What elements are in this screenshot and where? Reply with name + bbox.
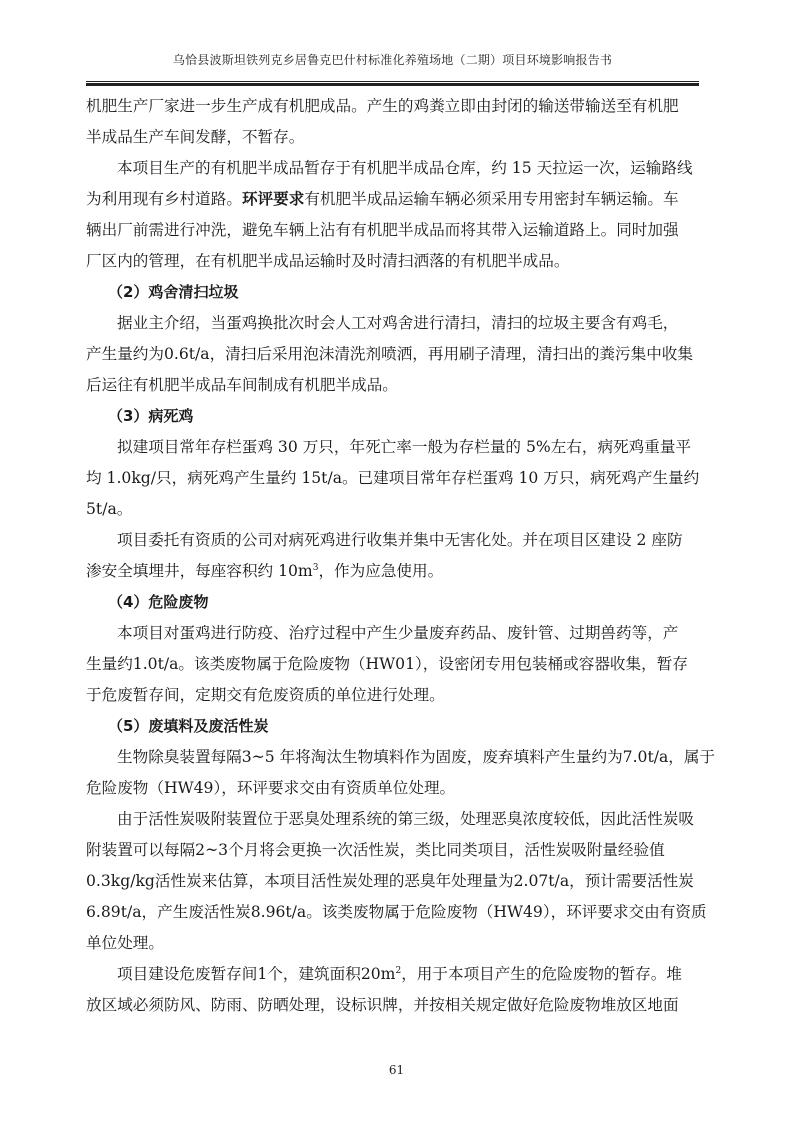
paragraph-line: 由于活性炭吸附装置位于恶臭处理系统的第三级，处理恶臭浓度较低，因此活性炭吸: [86, 804, 714, 835]
header-rule-thin: [86, 81, 699, 82]
paragraph-line: 6.89t/a，产生废活性炭8.96t/a。该类废物属于危险废物（HW49），环…: [86, 897, 714, 928]
paragraph-line: 生物除臭装置每隔3~5 年将淘汰生物填料作为固废，废弃填料产生量约为7.0t/a…: [86, 742, 714, 773]
page-number: 61: [0, 1063, 793, 1077]
paragraph-line: 生量约1.0t/a。该类废物属于危险废物（HW01），设密闭专用包装桶或容器收集…: [86, 649, 714, 680]
paragraph-line: 半成品生产车间发酵，不暂存。: [86, 122, 714, 153]
section-heading: （2）鸡舍清扫垃圾: [86, 277, 714, 308]
text-span: ，用于本项目产生的危险废物的暂存。堆: [401, 965, 682, 983]
paragraph-line: 拟建项目常年存栏蛋鸡 30 万只，年死亡率一般为存栏量的 5%左右，病死鸡重量平: [86, 432, 714, 463]
paragraph-line: 后运往有机肥半成品车间制成有机肥半成品。: [86, 370, 714, 401]
paragraph-line: 机肥生产厂家进一步生产成有机肥成品。产生的鸡粪立即由封闭的输送带输送至有机肥: [86, 91, 714, 122]
paragraph-line: 项目建设危废暂存间1个，建筑面积20m2，用于本项目产生的危险废物的暂存。堆: [86, 959, 714, 990]
paragraph-line: 于危废暂存间，定期交有危废资质的单位进行处理。: [86, 680, 714, 711]
paragraph-line: 项目委托有资质的公司对病死鸡进行收集并集中无害化处。并在项目区建设 2 座防: [86, 525, 714, 556]
section-heading: （3）病死鸡: [86, 401, 714, 432]
text-span: 为利用现有乡村道路。: [86, 190, 242, 208]
body-text: 机肥生产厂家进一步生产成有机肥成品。产生的鸡粪立即由封闭的输送带输送至有机肥 半…: [86, 91, 714, 1021]
section-heading: （5）废填料及废活性炭: [86, 711, 714, 742]
paragraph-line: 为利用现有乡村道路。环评要求有机肥半成品运输车辆必须采用专用密封车辆运输。车: [86, 184, 714, 215]
paragraph-line: 产生量约为0.6t/a，清扫后采用泡沫清洗剂喷洒，再用刷子清理，清扫出的粪污集中…: [86, 339, 714, 370]
paragraph-line: 据业主介绍，当蛋鸡换批次时会人工对鸡舍进行清扫，清扫的垃圾主要含有鸡毛，: [86, 308, 714, 339]
paragraph-line: 单位处理。: [86, 928, 714, 959]
emphasis-text: 环评要求: [242, 190, 304, 208]
paragraph-line: 放区域必须防风、防雨、防晒处理，设标识牌，并按相关规定做好危险废物堆放区地面: [86, 990, 714, 1021]
paragraph-line: 辆出厂前需进行冲洗，避免车辆上沾有有机肥半成品而将其带入运输道路上。同时加强: [86, 215, 714, 246]
paragraph-line: 厂区内的管理，在有机肥半成品运输时及时清扫洒落的有机肥半成品。: [86, 246, 714, 277]
paragraph-line: 5t/a。: [86, 494, 714, 525]
paragraph-line: 危险废物（HW49），环评要求交由有资质单位处理。: [86, 773, 714, 804]
paragraph-line: 渗安全填埋井，每座容积约 10m3，作为应急使用。: [86, 556, 714, 587]
header-rule: [86, 81, 699, 86]
text-span: 渗安全填埋井，每座容积约 10m: [86, 562, 313, 580]
section-heading: （4）危险废物: [86, 587, 714, 618]
paragraph-line: 均 1.0kg/只，病死鸡产生量约 15t/a。已建项目常年存栏蛋鸡 10 万只…: [86, 463, 714, 494]
text-span: ，作为应急使用。: [318, 562, 443, 580]
paragraph-line: 本项目对蛋鸡进行防疫、治疗过程中产生少量废弃药品、废针管、过期兽药等，产: [86, 618, 714, 649]
text-span: 项目建设危废暂存间1个，建筑面积20m: [117, 965, 395, 983]
paragraph-line: 附装置可以每隔2~3个月将会更换一次活性炭，类比同类项目，活性炭吸附量经验值: [86, 835, 714, 866]
text-span: 有机肥半成品运输车辆必须采用专用密封车辆运输。车: [304, 190, 678, 208]
paragraph-line: 0.3kg/kg活性炭来估算，本项目活性炭处理的恶臭年处理量为2.07t/a，预…: [86, 866, 714, 897]
page-header: 乌恰县波斯坦铁列克乡居鲁克巴什村标准化养殖场地（二期）项目环境影响报告书: [86, 51, 699, 68]
header-rule-thick: [86, 83, 699, 86]
paragraph-line: 本项目生产的有机肥半成品暂存于有机肥半成品仓库，约 15 天拉运一次，运输路线: [86, 153, 714, 184]
